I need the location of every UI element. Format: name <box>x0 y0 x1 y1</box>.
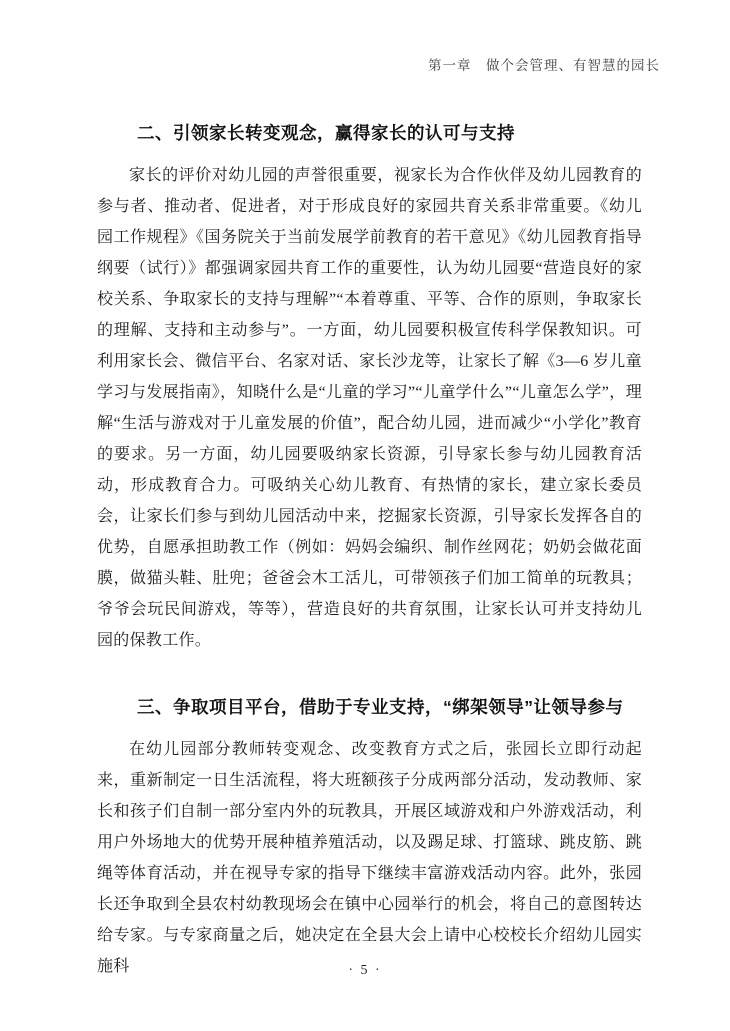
section-heading-three: 三、争取项目平台，借助于专业支持，“绑架领导”让领导参与 <box>97 694 642 720</box>
document-page: 第一章 做个会管理、有智慧的园长 二、引领家长转变观念，赢得家长的认可与支持 家… <box>0 0 730 1031</box>
chapter-running-header: 第一章 做个会管理、有智慧的园长 <box>428 54 660 74</box>
section-three-paragraph: 在幼儿园部分教师转变观念、改变教育方式之后，张园长立即行动起来，重新制定一日生活… <box>97 734 642 982</box>
page-content: 二、引领家长转变观念，赢得家长的认可与支持 家长的评价对幼儿园的声誉很重要，视家… <box>97 106 642 982</box>
page-number: · 5 · <box>0 963 730 979</box>
section-heading-two: 二、引领家长转变观念，赢得家长的认可与支持 <box>97 120 642 146</box>
section-two-paragraph: 家长的评价对幼儿园的声誉很重要，视家长为合作伙伴及幼儿园教育的参与者、推动者、促… <box>97 160 642 656</box>
